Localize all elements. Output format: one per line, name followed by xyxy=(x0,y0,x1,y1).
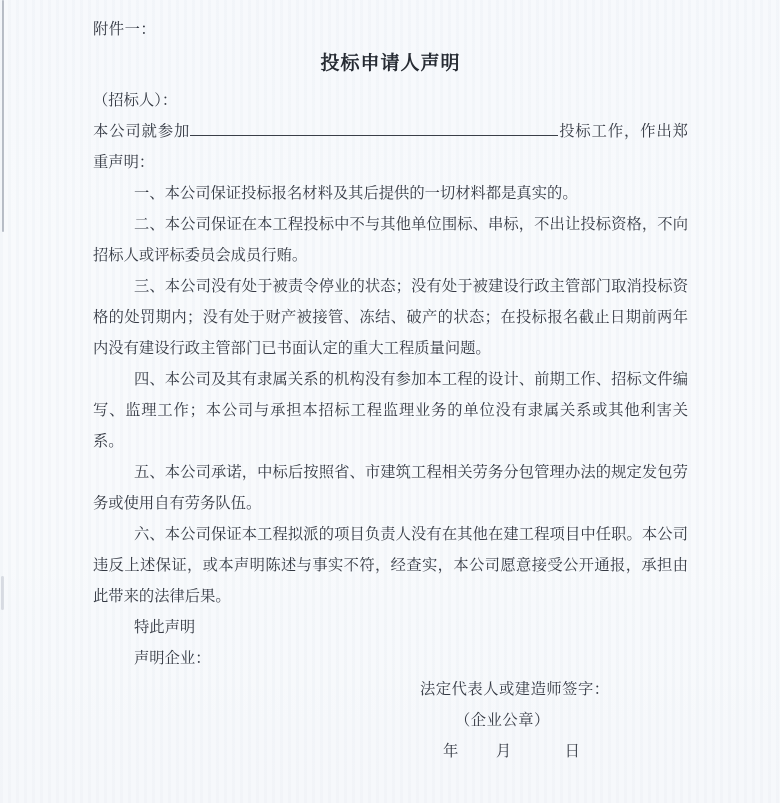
day-label: 日 xyxy=(565,743,581,760)
declaration-item-3: 三、本公司没有处于被责令停业的状态；没有处于被建设行政主管部门取消投标资格的处罚… xyxy=(93,271,688,364)
month-label: 月 xyxy=(496,743,512,760)
project-name-blank-underline xyxy=(190,120,558,136)
legal-representative-signature-label: 法定代表人或建造师签字： xyxy=(420,674,688,705)
declaration-item-2: 二、本公司保证在本工程投标中不与其他单位围标、串标，不出让投标资格，不向招标人或… xyxy=(93,209,688,271)
date-line: 年月日 xyxy=(443,736,688,767)
opening-paragraph: 本公司就参加投标工作，作出郑重声明： xyxy=(93,116,688,178)
declarant-label: 声明企业： xyxy=(93,643,688,674)
company-seal-label: （企业公章） xyxy=(455,705,688,736)
opening-prefix: 本公司就参加 xyxy=(93,123,190,140)
year-label: 年 xyxy=(443,743,459,760)
scan-speck-artifact xyxy=(1,576,4,610)
declaration-item-4: 四、本公司及其有隶属关系的机构没有参加本工程的设计、前期工作、招标文件编写、监理… xyxy=(93,364,688,457)
addressee-label: （招标人）： xyxy=(93,85,688,116)
declaration-item-6: 六、本公司保证本工程拟派的项目负责人没有在其他在建工程项目中任职。本公司违反上述… xyxy=(93,519,688,612)
scan-edge-artifact xyxy=(2,0,4,232)
declaration-item-5: 五、本公司承诺，中标后按照省、市建筑工程相关劳务分包管理办法的规定发包劳务或使用… xyxy=(93,457,688,519)
attachment-label: 附件一： xyxy=(93,14,688,46)
document-title: 投标申请人声明 xyxy=(93,46,688,82)
declaration-item-1: 一、本公司保证投标报名材料及其后提供的一切材料都是真实的。 xyxy=(93,178,688,209)
document-page: 附件一： 投标申请人声明 （招标人）： 本公司就参加投标工作，作出郑重声明： 一… xyxy=(0,0,780,803)
closing-statement: 特此声明 xyxy=(93,612,688,643)
